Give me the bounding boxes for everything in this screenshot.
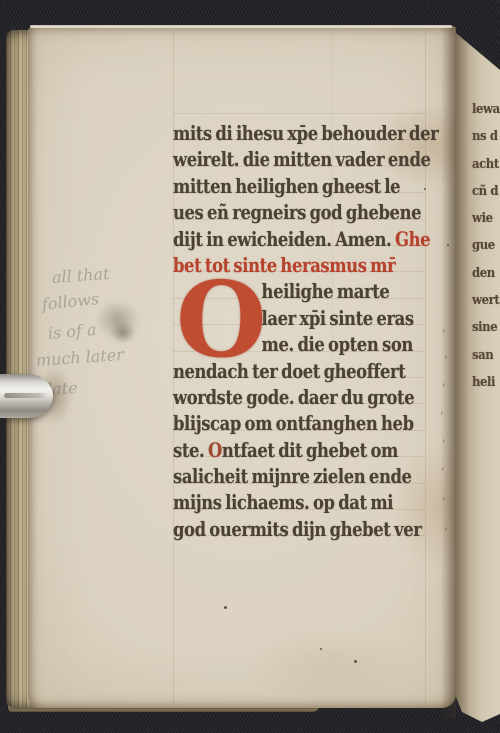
dust-speck bbox=[224, 606, 227, 609]
smudge-mark bbox=[110, 322, 136, 344]
manuscript-photo: lewa ns d acht cñ d wie gue den wert sin… bbox=[0, 0, 500, 733]
facing-text-fragment: wert bbox=[472, 287, 499, 314]
facing-text-fragment: cñ d bbox=[472, 178, 499, 205]
rubric-text: Ghe bbox=[395, 227, 430, 251]
dust-speck bbox=[354, 660, 357, 663]
text-line: mits di ihesu xp̄e behouder der bbox=[173, 120, 448, 146]
text-line: ues eñ regneirs god ghebene bbox=[173, 199, 448, 225]
facing-page-edge: lewa ns d acht cñ d wie gue den wert sin… bbox=[450, 28, 500, 722]
text-line: mitten heilighen gheest le bbox=[173, 173, 448, 199]
facing-text-fragment: acht bbox=[472, 151, 499, 178]
text-line: salicheit mijnre zielen ende bbox=[173, 463, 448, 489]
gutter-shadow bbox=[441, 28, 456, 718]
text-line: laer xp̄i sinte eras bbox=[262, 305, 448, 331]
dust-speck bbox=[424, 188, 426, 190]
text-line: me. die opten son bbox=[262, 331, 448, 357]
facing-text-fragment: gue bbox=[472, 232, 499, 259]
text-line: wordste gode. daer du grote bbox=[173, 384, 448, 410]
facing-text-fragment: den bbox=[472, 260, 499, 287]
manuscript-page: ,,,,,,,, mits di ihesu xp̄e behouder der… bbox=[28, 26, 456, 708]
text-line: ste. Ontfaet dit ghebet om bbox=[173, 437, 448, 463]
facing-text-column: lewa ns d acht cñ d wie gue den wert sin… bbox=[472, 96, 500, 396]
large-initial-o: O bbox=[175, 277, 267, 363]
text-line: dijt in ewicheiden. Amen. Ghe bbox=[173, 226, 448, 252]
ruled-line bbox=[173, 113, 425, 114]
text-line: heilighe marte bbox=[262, 278, 448, 304]
facing-text-fragment: lewa bbox=[472, 96, 499, 123]
page-top-edge bbox=[30, 25, 452, 28]
facing-text-fragment: heli bbox=[472, 369, 499, 396]
facing-text-fragment: san bbox=[472, 342, 499, 369]
text-line: god ouermits dijn ghebet ver bbox=[173, 516, 448, 542]
text-line: weirelt. die mitten vader ende bbox=[173, 146, 448, 172]
facing-text-fragment: ns d bbox=[472, 123, 499, 150]
dust-speck bbox=[320, 648, 322, 650]
page-holder-rod bbox=[0, 374, 53, 418]
text-line: blijscap om ontfanghen heb bbox=[173, 410, 448, 436]
rubricated-capital: O bbox=[208, 438, 222, 462]
text-line: mijns lichaems. op dat mi bbox=[173, 489, 448, 515]
facing-text-fragment: sine bbox=[472, 314, 499, 341]
facing-text-fragment: wie bbox=[472, 205, 499, 232]
